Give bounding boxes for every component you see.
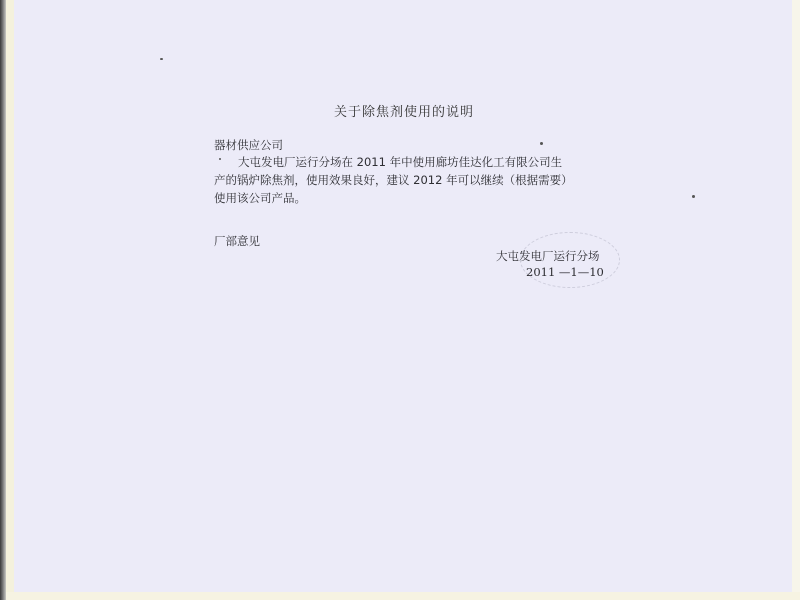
body-line: 产的锅炉除焦剂，使用效果良好，建议 2012 年可以继续（根据需要）: [214, 172, 573, 188]
signer: 大屯发电厂运行分场: [496, 248, 600, 264]
scan-speck: [692, 195, 695, 198]
scan-margin: [6, 0, 14, 600]
scan-speck: [219, 158, 221, 160]
scan-speck: [540, 142, 543, 145]
scan-margin-bottom: [6, 592, 800, 600]
scan-speck: [160, 58, 163, 60]
recipient: 器材供应公司: [214, 137, 283, 153]
document-page: [14, 0, 792, 592]
factory-opinion-label: 厂部意见: [214, 233, 260, 249]
scan-margin-right: [792, 0, 800, 600]
body-line: 使用该公司产品。: [214, 190, 306, 206]
date: 2011 —1—10: [526, 265, 604, 279]
document-title: 关于除焦剂使用的说明: [334, 101, 474, 120]
body-line: 大屯发电厂运行分场在 2011 年中使用廊坊佳达化工有限公司生: [238, 154, 562, 170]
